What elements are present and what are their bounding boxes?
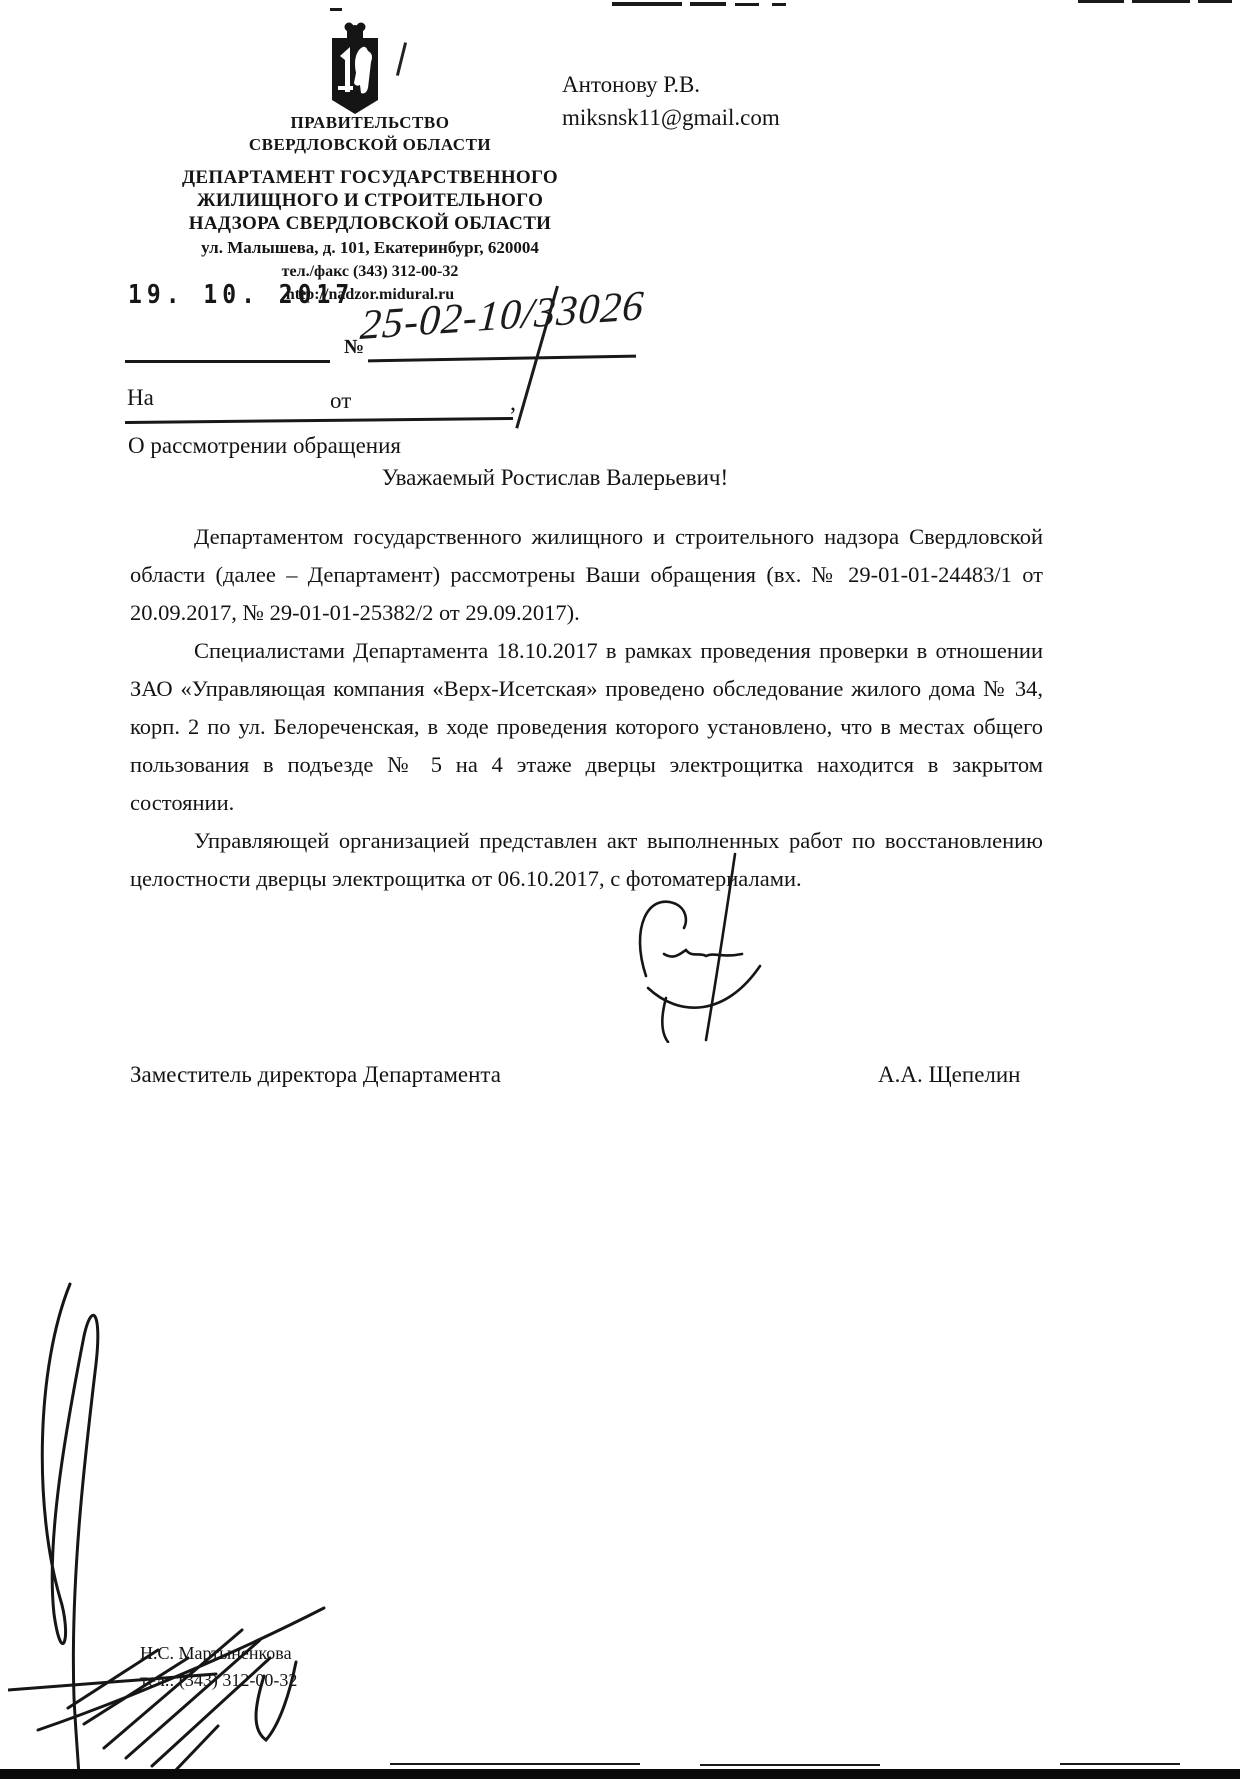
signatory-name: А.А. Щепелин [878, 1062, 1021, 1088]
subject-line: О рассмотрении обращения [128, 433, 401, 459]
letter-body: Департаментом государственного жилищного… [130, 518, 1043, 898]
body-paragraph: Департаментом государственного жилищного… [130, 518, 1043, 632]
scan-artifact [735, 3, 759, 6]
department-line: ДЕПАРТАМЕНТ ГОСУДАРСТВЕННОГО [115, 166, 625, 189]
date-underline [125, 360, 330, 363]
date-stamp: 19. 10. 2017 [128, 280, 354, 309]
yekaterinburg-coat-of-arms-icon [326, 20, 384, 116]
trailing-comma: , [510, 390, 516, 417]
pen-mark [396, 42, 407, 76]
scan-artifact [690, 2, 726, 6]
signatory-position: Заместитель директора Департамента [130, 1062, 501, 1088]
government-line: СВЕРДЛОВСКОЙ ОБЛАСТИ [115, 134, 625, 156]
scan-edge-bar [0, 1769, 1240, 1779]
scan-artifact [612, 2, 682, 6]
scanned-letter-page: ПРАВИТЕЛЬСТВО СВЕРДЛОВСКОЙ ОБЛАСТИ ДЕПАР… [0, 0, 1240, 1779]
scan-artifact [772, 3, 786, 6]
scan-artifact [1060, 1763, 1180, 1765]
scan-artifact [1132, 0, 1190, 3]
recipient-name: Антонову Р.В. [562, 68, 780, 101]
scan-artifact [1078, 0, 1124, 3]
letterhead: ПРАВИТЕЛЬСТВО СВЕРДЛОВСКОЙ ОБЛАСТИ [115, 112, 625, 156]
incoming-label: На [127, 385, 154, 411]
recipient-email: miksnsk11@gmail.com [562, 101, 780, 134]
scan-artifact [700, 1764, 880, 1766]
department-line: ЖИЛИЩНОГО И СТРОИТЕЛЬНОГО [115, 189, 625, 212]
letterhead-phone-fax: тел./факс (343) 312-00-32 [115, 261, 625, 282]
handwritten-scribble [8, 1278, 338, 1778]
incoming-underline [125, 417, 513, 424]
government-line: ПРАВИТЕЛЬСТВО [115, 112, 625, 134]
body-paragraph: Управляющей организацией представлен акт… [130, 822, 1043, 898]
signature-scribble [630, 848, 780, 1043]
department-name: ДЕПАРТАМЕНТ ГОСУДАРСТВЕННОГО ЖИЛИЩНОГО И… [115, 166, 625, 235]
department-line: НАДЗОРА СВЕРДЛОВСКОЙ ОБЛАСТИ [115, 212, 625, 235]
salutation: Уважаемый Ростислав Валерьевич! [130, 465, 980, 491]
letterhead-address: ул. Малышева, д. 101, Екатеринбург, 6200… [115, 237, 625, 259]
recipient-block: Антонову Р.В. miksnsk11@gmail.com [562, 68, 780, 134]
number-underline [368, 355, 636, 362]
body-paragraph: Специалистами Департамента 18.10.2017 в … [130, 632, 1043, 822]
from-label: от [330, 388, 351, 414]
scan-artifact [330, 8, 342, 11]
scan-artifact [390, 1763, 640, 1765]
scan-artifact [1198, 0, 1232, 3]
